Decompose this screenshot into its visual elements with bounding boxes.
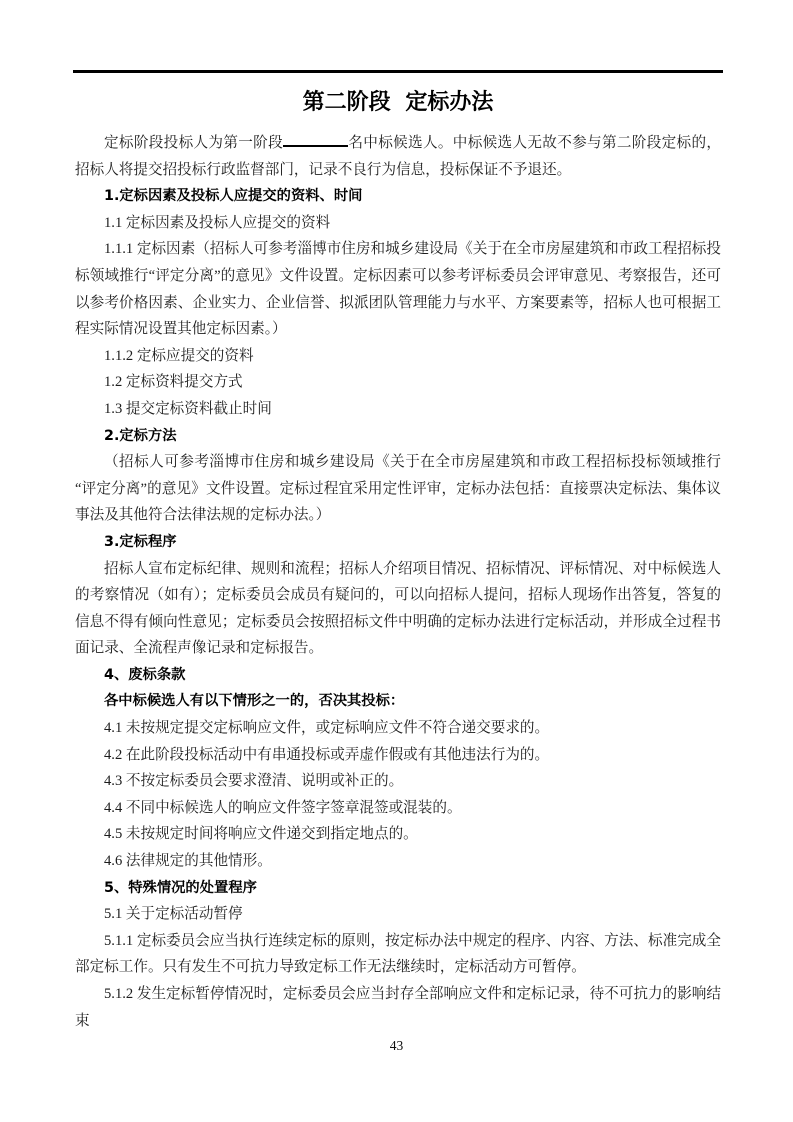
paragraph: 4.1 未按规定提交定标响应文件，或定标响应文件不符合递交要求的。 xyxy=(75,715,721,742)
content-blocks: 1.定标因素及投标人应提交的资料、时间1.1 定标因素及投标人应提交的资料1.1… xyxy=(75,183,721,1034)
section-heading: 4、废标条款 xyxy=(75,662,721,689)
paragraph: 4.2 在此阶段投标活动中有串通投标或弄虚作假或有其他违法行为的。 xyxy=(75,742,721,769)
paragraph: 1.2 定标资料提交方式 xyxy=(75,369,721,396)
page-title: 第二阶段 定标办法 xyxy=(75,88,721,118)
paragraph: 4.3 不按定标委员会要求澄清、说明或补正的。 xyxy=(75,768,721,795)
fill-in-blank-line xyxy=(283,131,348,147)
paragraph: 4.6 法律规定的其他情形。 xyxy=(75,848,721,875)
paragraph: 1.1.2 定标应提交的资料 xyxy=(75,343,721,370)
paragraph: 1.1.1 定标因素（招标人可参考淄博市住房和城乡建设局《关于在全市房屋建筑和市… xyxy=(75,236,721,342)
paragraph: 5.1.2 发生定标暂停情况时，定标委员会应当封存全部响应文件和定标记录，待不可… xyxy=(75,981,721,1034)
section-heading: 2.定标方法 xyxy=(75,423,721,450)
intro-text-before: 定标阶段投标人为第一阶段 xyxy=(104,135,283,151)
paragraph: 4.4 不同中标候选人的响应文件签字签章混签或混装的。 xyxy=(75,795,721,822)
section-heading: 3.定标程序 xyxy=(75,529,721,556)
paragraph: 招标人宣布定标纪律、规则和流程；招标人介绍项目情况、招标情况、评标情况、对中标候… xyxy=(75,556,721,662)
page-number: 43 xyxy=(0,1036,793,1056)
section-heading: 5、特殊情况的处置程序 xyxy=(75,875,721,902)
paragraph: 1.3 提交定标资料截止时间 xyxy=(75,396,721,423)
paragraph: 5.1.1 定标委员会应当执行连续定标的原则，按定标办法中规定的程序、内容、方法… xyxy=(75,928,721,981)
paragraph: 1.1 定标因素及投标人应提交的资料 xyxy=(75,210,721,237)
section-heading: 各中标候选人有以下情形之一的，否决其投标： xyxy=(75,688,721,715)
section-heading: 1.定标因素及投标人应提交的资料、时间 xyxy=(75,183,721,210)
header-rule xyxy=(73,70,723,73)
document-page: 第二阶段 定标办法 定标阶段投标人为第一阶段名中标候选人。中标候选人无故不参与第… xyxy=(0,0,793,1122)
paragraph: 5.1 关于定标活动暂停 xyxy=(75,901,721,928)
paragraph: （招标人可参考淄博市住房和城乡建设局《关于在全市房屋建筑和市政工程招标投标领域推… xyxy=(75,449,721,529)
paragraph: 4.5 未按规定时间将响应文件递交到指定地点的。 xyxy=(75,821,721,848)
intro-paragraph: 定标阶段投标人为第一阶段名中标候选人。中标候选人无故不参与第二阶段定标的，招标人… xyxy=(75,130,721,183)
